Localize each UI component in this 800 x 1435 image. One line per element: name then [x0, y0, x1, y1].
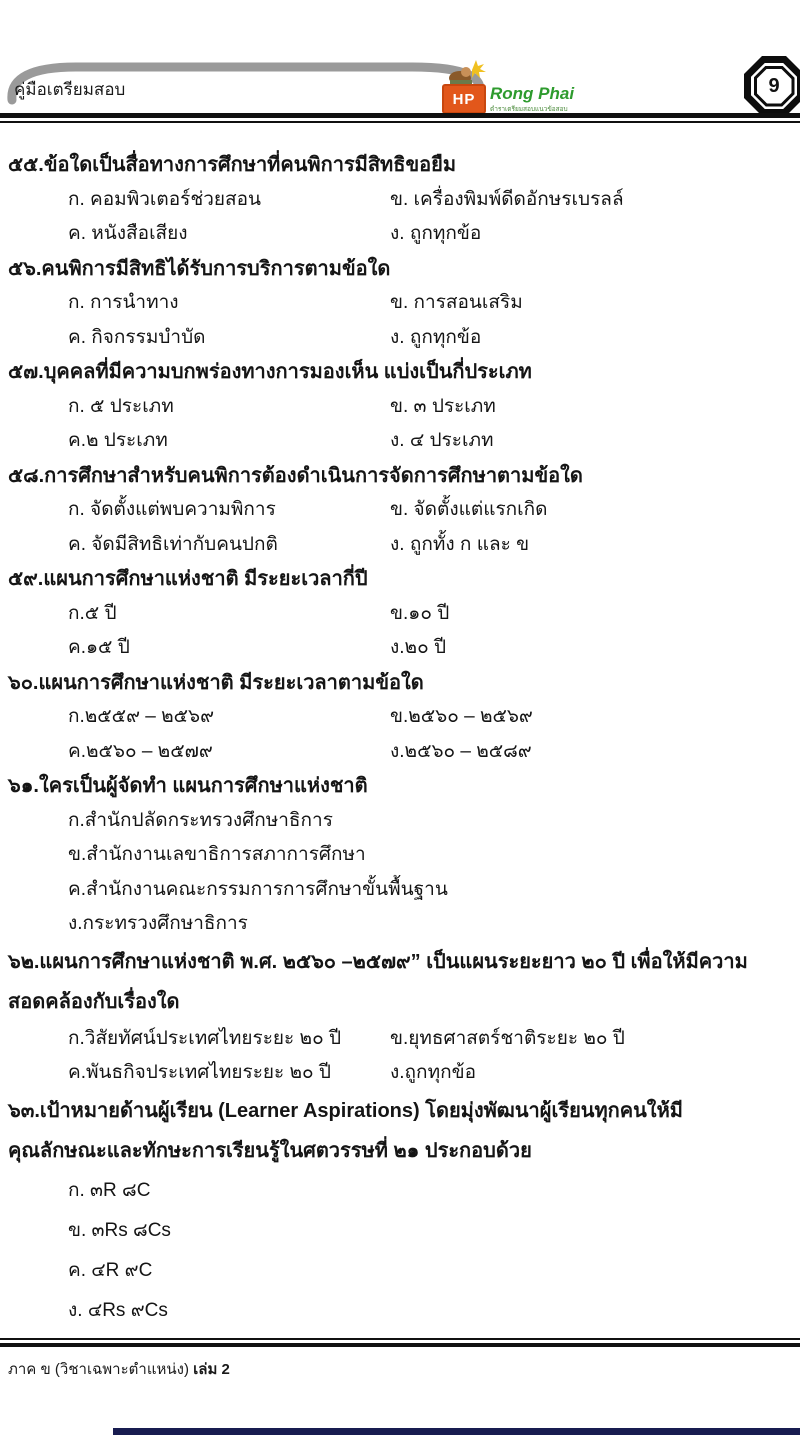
page-edge-bar [113, 1428, 800, 1435]
question-block: ๕๖.คนพิการมีสิทธิได้รับการบริการตามข้อใด… [0, 252, 800, 356]
question-block: ๕๘.การศึกษาสำหรับคนพิการต้องดำเนินการจัด… [0, 459, 800, 563]
question-title: คุณลักษณะและทักษะการเรียนรู้ในศตวรรษที่ … [0, 1131, 800, 1171]
option-row: ก. จัดตั้งแต่พบความพิการข. จัดตั้งแต่แรก… [0, 493, 800, 528]
option-row: ค.สำนักงานคณะกรรมการการศึกษาขั้นพื้นฐาน [0, 873, 800, 908]
option-text: ค.๒๕๖๐ – ๒๕๗๙ [68, 735, 390, 770]
option-row: ข.สำนักงานเลขาธิการสภาการศึกษา [0, 838, 800, 873]
header-divider [0, 113, 800, 123]
question-block: ๕๙.แผนการศึกษาแห่งชาติ มีระยะเวลากี่ปีก.… [0, 562, 800, 666]
question-title: ๖๐.แผนการศึกษาแห่งชาติ มีระยะเวลาตามข้อใ… [0, 666, 800, 701]
option-text: ก. การนำทาง [68, 286, 390, 321]
option-row: ก. ๓R ๘C [0, 1171, 800, 1211]
hp-logo-box: HP [442, 84, 486, 114]
mascot-icon [446, 60, 488, 86]
option-row: ก. ๕ ประเภทข. ๓ ประเภท [0, 390, 800, 425]
option-text: ข.๑๐ ปี [390, 597, 800, 632]
option-row: ข. ๓Rs ๘Cs [0, 1211, 800, 1251]
question-block: ๕๕.ข้อใดเป็นสื่อทางการศึกษาที่คนพิการมีส… [0, 148, 800, 252]
octagon-center: 9 [757, 69, 792, 104]
question-title: ๕๕.ข้อใดเป็นสื่อทางการศึกษาที่คนพิการมีส… [0, 148, 800, 183]
option-text: ก.๕ ปี [68, 597, 390, 632]
option-row: ค. จัดมีสิทธิเท่ากับคนปกติง. ถูกทั้ง ก แ… [0, 528, 800, 563]
option-text: ข. เครื่องพิมพ์ดีดอักษรเบรลล์ [390, 183, 800, 218]
option-text: ข. ๓Rs ๘Cs [68, 1211, 171, 1251]
option-text: ง.๒๐ ปี [390, 631, 800, 666]
page-number-badge: 9 [744, 56, 800, 116]
option-text: ค. จัดมีสิทธิเท่ากับคนปกติ [68, 528, 390, 563]
page-footer: ภาค ข (วิชาเฉพาะตำแหน่ง) เล่ม 2 [0, 1338, 800, 1381]
option-text: ง. ถูกทุกข้อ [390, 321, 800, 356]
option-text: ง.กระทรวงศึกษาธิการ [68, 907, 248, 942]
octagon-outer: 9 [744, 56, 800, 116]
questions: ๕๕.ข้อใดเป็นสื่อทางการศึกษาที่คนพิการมีส… [0, 135, 800, 1331]
octagon-ring: 9 [751, 63, 797, 109]
option-text: ข. การสอนเสริม [390, 286, 800, 321]
footer-volume-label: เล่ม 2 [193, 1361, 230, 1378]
option-text: ข. จัดตั้งแต่แรกเกิด [390, 493, 800, 528]
option-text: ก. ๓R ๘C [68, 1171, 150, 1211]
question-title: ๕๗.บุคคลที่มีความบกพร่องทางการมองเห็น แบ… [0, 355, 800, 390]
option-text: ค. กิจกรรมบำบัด [68, 321, 390, 356]
brand-name: Rong Phai [490, 84, 574, 104]
option-text: ค.สำนักงานคณะกรรมการการศึกษาขั้นพื้นฐาน [68, 873, 448, 908]
option-text: ก.วิสัยทัศน์ประเทศไทยระยะ ๒๐ ปี [68, 1022, 390, 1057]
option-row: ค. กิจกรรมบำบัดง. ถูกทุกข้อ [0, 321, 800, 356]
option-row: ก.๒๕๕๙ – ๒๕๖๙ข.๒๕๖๐ – ๒๕๖๙ [0, 700, 800, 735]
question-title: ๕๘.การศึกษาสำหรับคนพิการต้องดำเนินการจัด… [0, 459, 800, 494]
option-row: ค.พันธกิจประเทศไทยระยะ ๒๐ ปีง.ถูกทุกข้อ [0, 1056, 800, 1091]
question-block: ๖๐.แผนการศึกษาแห่งชาติ มีระยะเวลาตามข้อใ… [0, 666, 800, 770]
question-title: ๖๓.เป้าหมายด้านผู้เรียน (Learner Aspirat… [0, 1091, 800, 1131]
footer-section-label: ภาค ข (วิชาเฉพาะตำแหน่ง) [8, 1361, 193, 1378]
question-title: ๖๑.ใครเป็นผู้จัดทำ แผนการศึกษาแห่งชาติ [0, 769, 800, 804]
option-text: ก. คอมพิวเตอร์ช่วยสอน [68, 183, 390, 218]
question-block: ๖๒.แผนการศึกษาแห่งชาติ พ.ศ. ๒๕๖๐ –๒๕๗๙” … [0, 942, 800, 1091]
page-header: คู่มือเตรียมสอบ HP Rong Phai ตำราเตรียมส… [0, 0, 800, 135]
option-text: ข.ยุทธศาสตร์ชาติระยะ ๒๐ ปี [390, 1022, 800, 1057]
question-title: ๕๖.คนพิการมีสิทธิได้รับการบริการตามข้อใด [0, 252, 800, 287]
option-row: ก.๕ ปีข.๑๐ ปี [0, 597, 800, 632]
option-text: ง. ๔Rs ๙Cs [68, 1291, 168, 1331]
question-title: ๖๒.แผนการศึกษาแห่งชาติ พ.ศ. ๒๕๖๐ –๒๕๗๙” … [0, 942, 800, 982]
option-text: ค.๑๕ ปี [68, 631, 390, 666]
option-row: ค.๒๕๖๐ – ๒๕๗๙ง.๒๕๖๐ – ๒๕๘๙ [0, 735, 800, 770]
question-title: สอดคล้องกับเรื่องใด [0, 982, 800, 1022]
option-text: ก.สำนักปลัดกระทรวงศึกษาธิการ [68, 804, 333, 839]
option-text: ค. ๔R ๙C [68, 1251, 152, 1291]
option-row: ง.กระทรวงศึกษาธิการ [0, 907, 800, 942]
option-row: ก.สำนักปลัดกระทรวงศึกษาธิการ [0, 804, 800, 839]
option-text: ก. จัดตั้งแต่พบความพิการ [68, 493, 390, 528]
question-block: ๕๗.บุคคลที่มีความบกพร่องทางการมองเห็น แบ… [0, 355, 800, 459]
octagon-inner-ring: 9 [754, 66, 795, 107]
option-row: ง. ๔Rs ๙Cs [0, 1291, 800, 1331]
option-row: ค.๑๕ ปีง.๒๐ ปี [0, 631, 800, 666]
option-text: ก. ๕ ประเภท [68, 390, 390, 425]
option-row: ก. คอมพิวเตอร์ช่วยสอนข. เครื่องพิมพ์ดีดอ… [0, 183, 800, 218]
booklet-title: คู่มือเตรียมสอบ [14, 76, 125, 103]
page-number: 9 [768, 75, 779, 98]
option-text: ง.๒๕๖๐ – ๒๕๘๙ [390, 735, 800, 770]
option-row: ค.๒ ประเภทง. ๔ ประเภท [0, 424, 800, 459]
option-text: ง. ถูกทุกข้อ [390, 217, 800, 252]
option-text: ค. หนังสือเสียง [68, 217, 390, 252]
option-text: ง. ๔ ประเภท [390, 424, 800, 459]
footer-text: ภาค ข (วิชาเฉพาะตำแหน่ง) เล่ม 2 [0, 1347, 800, 1381]
option-row: ค. ๔R ๙C [0, 1251, 800, 1291]
publisher-logo: HP Rong Phai ตำราเตรียมสอบแนวข้อสอบ [442, 64, 642, 114]
option-row: ก. การนำทางข. การสอนเสริม [0, 286, 800, 321]
question-title: ๕๙.แผนการศึกษาแห่งชาติ มีระยะเวลากี่ปี [0, 562, 800, 597]
option-text: ข. ๓ ประเภท [390, 390, 800, 425]
option-text: ข.สำนักงานเลขาธิการสภาการศึกษา [68, 838, 366, 873]
question-block: ๖๓.เป้าหมายด้านผู้เรียน (Learner Aspirat… [0, 1091, 800, 1331]
question-block: ๖๑.ใครเป็นผู้จัดทำ แผนการศึกษาแห่งชาติก.… [0, 769, 800, 942]
option-row: ก.วิสัยทัศน์ประเทศไทยระยะ ๒๐ ปีข.ยุทธศาส… [0, 1022, 800, 1057]
option-row: ค. หนังสือเสียงง. ถูกทุกข้อ [0, 217, 800, 252]
option-text: ก.๒๕๕๙ – ๒๕๖๙ [68, 700, 390, 735]
option-text: ง.ถูกทุกข้อ [390, 1056, 800, 1091]
option-text: ค.๒ ประเภท [68, 424, 390, 459]
option-text: ง. ถูกทั้ง ก และ ข [390, 528, 800, 563]
option-text: ข.๒๕๖๐ – ๒๕๖๙ [390, 700, 800, 735]
option-text: ค.พันธกิจประเทศไทยระยะ ๒๐ ปี [68, 1056, 390, 1091]
